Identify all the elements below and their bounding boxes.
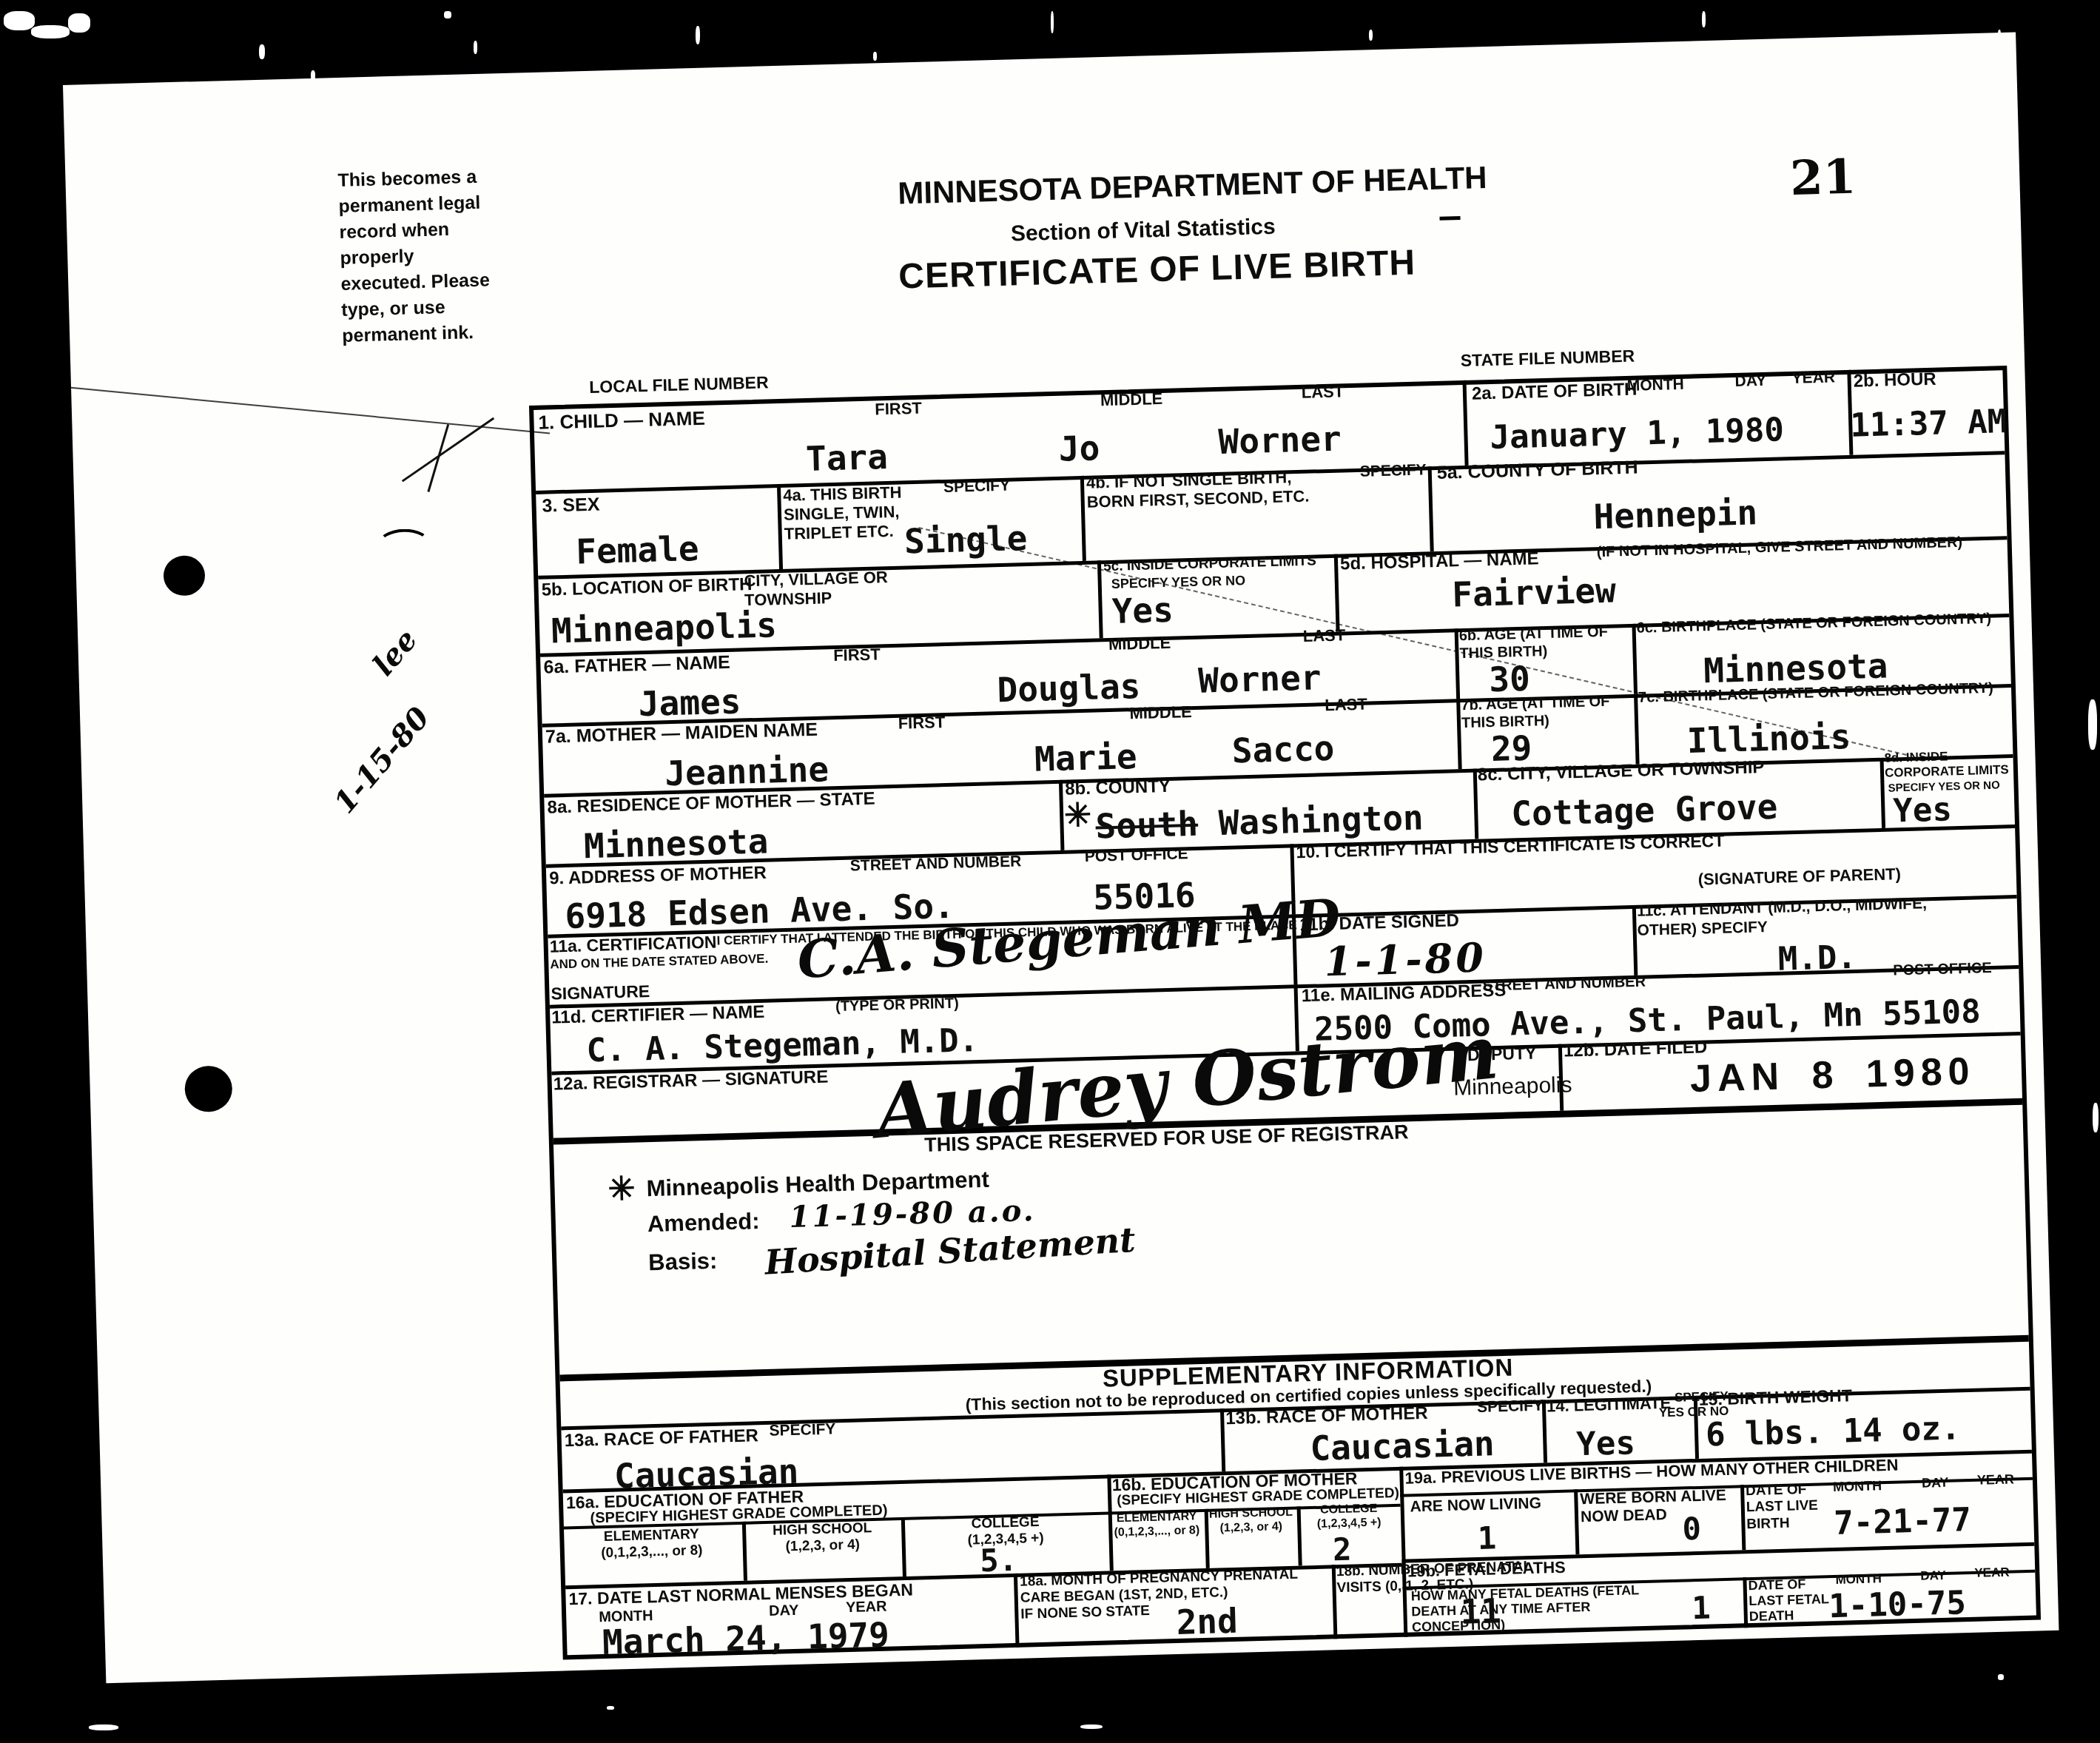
hour-value: 11:37 AM [1850, 403, 2008, 445]
field-location-of-birth-sublabel: CITY, VILLAGE OR TOWNSHIP [744, 567, 922, 610]
header-day: DAY [1920, 1568, 1946, 1584]
edu-col-elementary: ELEMENTARY(0,1,2,3,..., or 8) [562, 1525, 741, 1563]
certificate-page: lee 1-15-80 This becomes a permanent leg… [63, 33, 2059, 1684]
residence-state-value: Minnesota [583, 822, 769, 867]
basis-label: Basis: [648, 1248, 718, 1277]
this-birth-value: Single [903, 518, 1028, 561]
type-or-print-label: (TYPE OR PRINT) [835, 995, 959, 1016]
header-day: DAY [1734, 372, 1766, 392]
county-of-birth-value: Hennepin [1593, 492, 1758, 537]
agency-name: MINNESOTA DEPARTMENT OF HEALTH [898, 159, 1487, 212]
state-file-number-label: STATE FILE NUMBER [1460, 346, 1635, 371]
header-middle: MIDDLE [1100, 389, 1163, 410]
specify-label: SPECIFY [769, 1420, 835, 1440]
attendant-value: M.D. [1777, 938, 1857, 978]
header-post-office: POST OFFICE [1084, 845, 1188, 867]
header-month: MONTH [1833, 1478, 1882, 1495]
field-father-age-label: 6b. AGE (AT TIME OF THIS BIRTH) [1459, 623, 1626, 662]
header-last: LAST [1325, 695, 1367, 715]
registrar-asterisk: ✳ [608, 1170, 636, 1209]
pen-x-mark [427, 424, 449, 492]
last-live-birth-value: 7-21-77 [1834, 1501, 1972, 1542]
mother-first-name: Jeannine [664, 749, 829, 793]
header-first: FIRST [875, 399, 922, 420]
handwritten-side-note: lee [366, 622, 425, 682]
mother-birthplace-value: Illinois [1686, 716, 1851, 761]
edu-col-high-school: HIGH SCHOOL (1,2,3, or 4) [1206, 1506, 1296, 1537]
header-middle: MIDDLE [1108, 634, 1171, 654]
field-date-filed-label: 12b. DATE FILED [1564, 1037, 1708, 1062]
field-mother-age-label: 7b. AGE (AT TIME OF THIS BIRTH) [1461, 693, 1628, 732]
scanned-birth-certificate: lee 1-15-80 This becomes a permanent leg… [0, 0, 2100, 1743]
field-prenatal-month-label3: IF NONE SO STATE [1020, 1603, 1150, 1623]
local-file-number-label: LOCAL FILE NUMBER [589, 372, 769, 397]
section-name: Section of Vital Statistics [1010, 214, 1276, 247]
date-of-birth-value: January 1, 1980 [1490, 411, 1785, 457]
header-middle: MIDDLE [1129, 702, 1192, 723]
residence-city-value: Cottage Grove [1511, 787, 1778, 834]
fetal-deaths-count-value: 1 [1692, 1590, 1712, 1627]
field-birth-weight-label: 15. BIRTH WEIGHT [1698, 1386, 1852, 1410]
prev-births-dead-value: 0 [1682, 1511, 1702, 1548]
location-of-birth-value: Minneapolis [551, 605, 777, 651]
child-first-name: Tara [805, 437, 888, 479]
mother-last-name: Sacco [1231, 728, 1335, 771]
header-first: FIRST [898, 713, 945, 733]
document-title: CERTIFICATE OF LIVE BIRTH [898, 243, 1416, 299]
pen-arc-mark [377, 528, 431, 561]
header-year: YEAR [1791, 369, 1835, 388]
specify-label: SPECIFY [943, 477, 1010, 497]
field-attendant-label2: OTHER) SPECIFY [1637, 918, 1768, 941]
father-first-name: James [638, 682, 741, 725]
date-filed-stamp: JAN 8 1980 [1689, 1050, 1976, 1103]
field-dob-label: 2a. DATE OF BIRTH [1472, 380, 1638, 405]
edu-col-elementary: ELEMENTARY (0,1,2,3,..., or 8) [1110, 1510, 1204, 1540]
header-last: LAST [1302, 382, 1345, 402]
field-sex-label: 3. SEX [542, 494, 600, 518]
child-middle-name: Jo [1058, 428, 1100, 469]
date-signed-value: 1-1-80 [1324, 933, 1487, 985]
sex-value: Female [576, 528, 700, 571]
edu-father-college-value: 5. [980, 1542, 1018, 1579]
form-grid-lines [63, 33, 2016, 85]
hole-punch [163, 555, 205, 596]
signature-label: SIGNATURE [551, 981, 650, 1004]
father-middle-name: Douglas [997, 666, 1141, 710]
specify-label: SPECIFY [1477, 1397, 1544, 1417]
specify-label: SPECIFY [1359, 461, 1426, 481]
field-hour-label: 2b. HOUR [1853, 369, 1936, 392]
child-last-name: Worner [1218, 418, 1342, 461]
father-age-value: 30 [1489, 659, 1531, 699]
last-live-birth-label: DATE OF LAST LIVE BIRTH [1746, 1481, 1830, 1533]
edu-col-college: COLLEGE (1,2,3,4,5 +) [1298, 1502, 1399, 1532]
menses-value: March 24, 1979 [602, 1615, 889, 1662]
prev-births-living-label: ARE NOW LIVING [1410, 1495, 1541, 1517]
prev-births-dead-label2: NOW DEAD [1581, 1506, 1667, 1527]
mother-middle-name: Marie [1034, 736, 1137, 779]
field-if-not-single-label: 4b. IF NOT SINGLE BIRTH, BORN FIRST, SEC… [1086, 467, 1316, 511]
field-inside-limits-res-label: 8d. INSIDE CORPORATE LIMITS [1884, 748, 2014, 781]
edu-mother-college-value: 2 [1332, 1531, 1352, 1568]
header-first: FIRST [833, 645, 881, 665]
hospital-value: Fairview [1452, 570, 1617, 614]
page-number: 21 [1789, 150, 1857, 206]
stray-dash [1439, 216, 1460, 221]
margin-note: This becomes a permanent legal record wh… [337, 164, 499, 349]
struck-word: South [1095, 804, 1199, 847]
handwritten-side-note: 1-15-80 [327, 700, 437, 820]
race-mother-value: Caucasian [1310, 1423, 1495, 1468]
header-month: MONTH [1835, 1571, 1882, 1588]
father-last-name: Worner [1198, 657, 1322, 700]
fetal-deaths-count-label: HOW MANY FETAL DEATHS (FETAL DEATH AT AN… [1411, 1582, 1660, 1636]
amended-label: Amended: [647, 1208, 760, 1238]
field-child-label: 1. CHILD — NAME [538, 407, 705, 434]
legitimate-value: Yes [1576, 1424, 1636, 1463]
last-fetal-death-value: 1-10-75 [1828, 1584, 1967, 1625]
edu-col-high-school: HIGH SCHOOL(1,2,3, or 4) [744, 1519, 901, 1556]
birth-weight-value: 6 lbs. 14 oz. [1705, 1409, 1961, 1454]
last-fetal-death-label: DATE OF LAST FETAL DEATH [1748, 1576, 1837, 1625]
hole-punch [184, 1065, 233, 1112]
header-day: DAY [1922, 1475, 1949, 1491]
handwritten-asterisk: ✳ [1064, 796, 1092, 835]
inside-limits-res-value: Yes [1893, 790, 1953, 830]
header-year: YEAR [1977, 1471, 2015, 1488]
mother-age-value: 29 [1490, 728, 1532, 769]
header-month: MONTH [1626, 376, 1684, 396]
inside-limits-birth-value: Yes [1111, 590, 1174, 631]
header-post-office: POST OFFICE [1893, 960, 1992, 980]
header-last: LAST [1302, 625, 1345, 645]
prev-births-living-value: 1 [1477, 1519, 1497, 1556]
county-word: Washington [1218, 798, 1424, 843]
header-year: YEAR [1974, 1565, 2010, 1581]
prenatal-month-value: 2nd [1176, 1601, 1239, 1642]
